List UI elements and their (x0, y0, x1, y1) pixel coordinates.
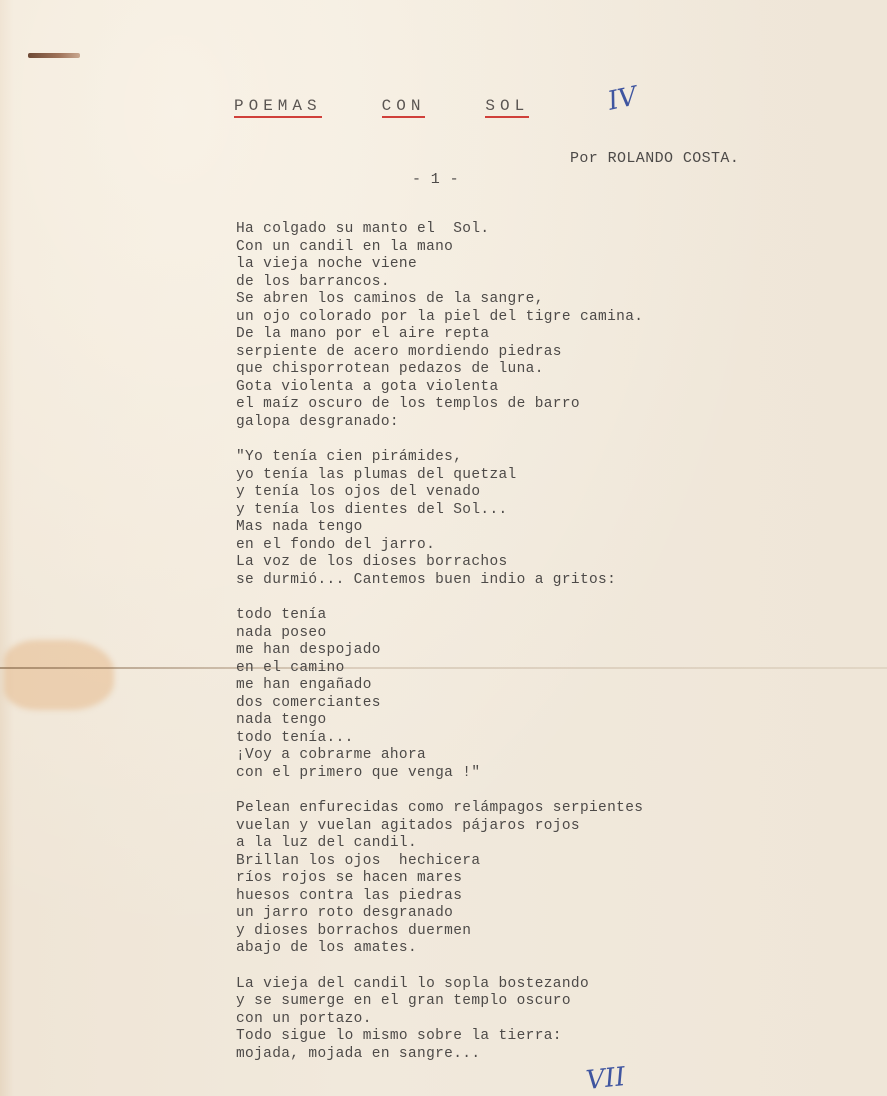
author-byline: Por ROLANDO COSTA. (570, 150, 739, 167)
paper-page: POEMASCONSOL IV Por ROLANDO COSTA. - 1 -… (0, 0, 887, 1096)
stanza: "Yo tenía cien pirámides,yo tenía las pl… (236, 449, 643, 589)
poem-line: serpiente de acero mordiendo piedras (236, 344, 643, 362)
title-word-2: CON (382, 97, 426, 118)
stanza: todo teníanada poseome han despojadoen e… (236, 607, 643, 782)
poem-line: galopa desgranado: (236, 414, 643, 432)
poem-line: abajo de los amates. (236, 940, 643, 958)
poem-line: Ha colgado su manto el Sol. (236, 221, 643, 239)
poem-line: "Yo tenía cien pirámides, (236, 449, 643, 467)
poem-line: un jarro roto desgranado (236, 905, 643, 923)
poem-line: nada poseo (236, 625, 643, 643)
poem-line: yo tenía las plumas del quetzal (236, 467, 643, 485)
poem-line: Con un candil en la mano (236, 239, 643, 257)
handwritten-roman-numeral-bottom: VII (585, 1062, 627, 1096)
poem-line: mojada, mojada en sangre... (236, 1046, 643, 1064)
poem-line: Se abren los caminos de la sangre, (236, 291, 643, 309)
poem-line: el maíz oscuro de los templos de barro (236, 396, 643, 414)
poem-line: Pelean enfurecidas como relámpagos serpi… (236, 800, 643, 818)
poem-line: con el primero que venga !" (236, 765, 643, 783)
title-word-1: POEMAS (234, 97, 322, 118)
title-word-3: SOL (485, 97, 529, 118)
handwritten-roman-numeral-top: IV (605, 81, 640, 116)
poem-line: en el fondo del jarro. (236, 537, 643, 555)
poem-line: y tenía los ojos del venado (236, 484, 643, 502)
poem-line: Brillan los ojos hechicera (236, 853, 643, 871)
poem-line: Mas nada tengo (236, 519, 643, 537)
poem-line: De la mano por el aire repta (236, 326, 643, 344)
poem-line: se durmió... Cantemos buen indio a grito… (236, 572, 643, 590)
poem-line: ríos rojos se hacen mares (236, 870, 643, 888)
poem-line: a la luz del candil. (236, 835, 643, 853)
section-number: - 1 - (412, 171, 459, 188)
poem-line: La vieja del candil lo sopla bostezando (236, 976, 643, 994)
poem-line: en el camino (236, 660, 643, 678)
stanza: Pelean enfurecidas como relámpagos serpi… (236, 800, 643, 958)
poem-body: Ha colgado su manto el Sol.Con un candil… (236, 221, 643, 1081)
poem-line: me han despojado (236, 642, 643, 660)
poem-line: todo tenía (236, 607, 643, 625)
poem-line: vuelan y vuelan agitados pájaros rojos (236, 818, 643, 836)
poem-line: nada tengo (236, 712, 643, 730)
poem-line: y tenía los dientes del Sol... (236, 502, 643, 520)
poem-line: dos comerciantes (236, 695, 643, 713)
poem-line: Gota violenta a gota violenta (236, 379, 643, 397)
stanza: Ha colgado su manto el Sol.Con un candil… (236, 221, 643, 431)
poem-line: ¡Voy a cobrarme ahora (236, 747, 643, 765)
poem-line: un ojo colorado por la piel del tigre ca… (236, 309, 643, 327)
poem-line: huesos contra las piedras (236, 888, 643, 906)
poem-line: y dioses borrachos duermen (236, 923, 643, 941)
poem-line: la vieja noche viene (236, 256, 643, 274)
poem-line: y se sumerge en el gran templo oscuro (236, 993, 643, 1011)
poem-line: todo tenía... (236, 730, 643, 748)
poem-line: que chisporrotean pedazos de luna. (236, 361, 643, 379)
poem-line: Todo sigue lo mismo sobre la tierra: (236, 1028, 643, 1046)
poem-line: de los barrancos. (236, 274, 643, 292)
poem-title: POEMASCONSOL (234, 97, 529, 118)
poem-line: me han engañado (236, 677, 643, 695)
water-stain (4, 640, 114, 710)
poem-line: con un portazo. (236, 1011, 643, 1029)
stanza: La vieja del candil lo sopla bostezandoy… (236, 976, 643, 1064)
paperclip-stain (28, 53, 80, 58)
poem-line: La voz de los dioses borrachos (236, 554, 643, 572)
